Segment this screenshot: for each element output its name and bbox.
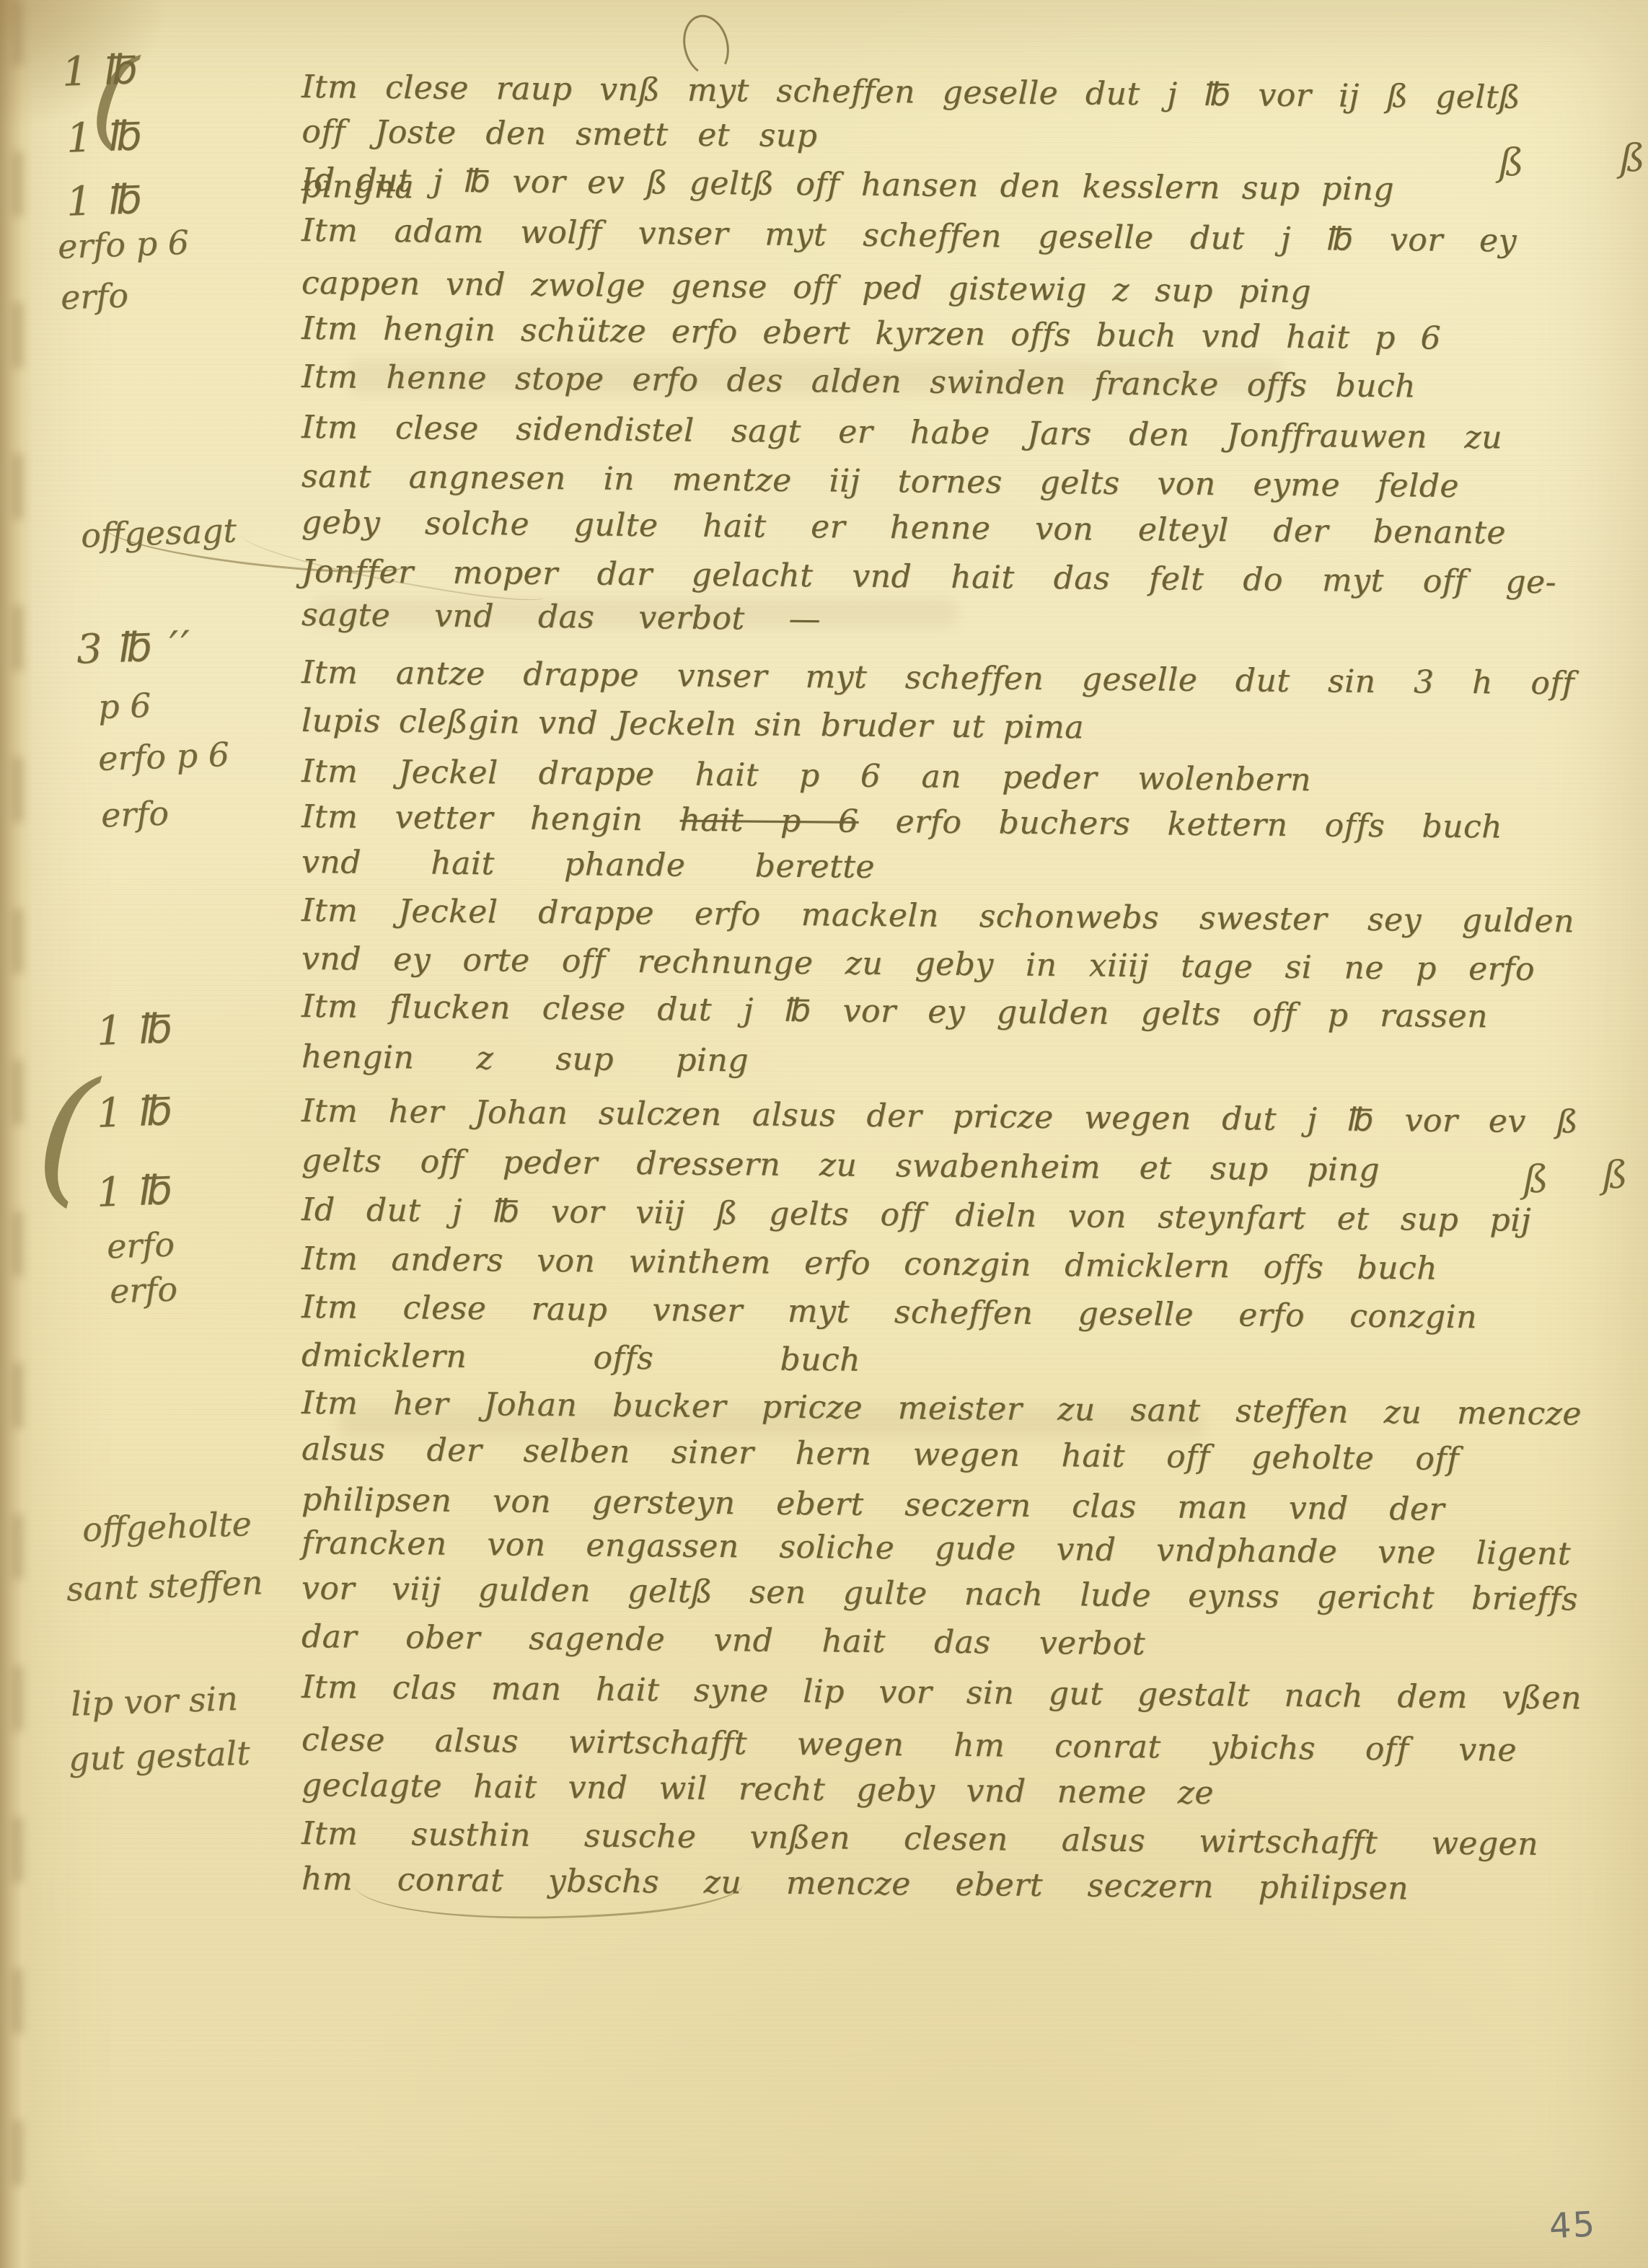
margin-note: 1 ℔ [96,1167,175,1217]
margin-note: erfo [60,275,129,317]
margin-note: erfo [109,1269,178,1310]
margin-note: offgeholte [81,1504,252,1549]
margin-note: 3 ℔ ′′ [76,622,193,674]
margin-note: 1 ℔ [61,46,141,96]
margin-note: 1 ℔ [66,112,145,162]
margin-note: 1 ℔ [66,176,145,226]
margin-note: 1 ℔ [96,1087,175,1137]
margin-note: erfo p 6 [97,735,230,778]
superscript-mark: ß [1603,1154,1628,1197]
margin-note: erfo [100,793,169,834]
margin-note: erfo p 6 [57,223,190,266]
margin-note: erfo [106,1225,175,1266]
page-number: 45 [1548,2204,1598,2246]
text-line: hengin z sup ping [301,1030,749,1088]
paragraph-brace: ( [32,1048,101,1223]
superscript-mark: ß [1499,141,1524,185]
top-left-stain [0,0,303,260]
text-segment: erfo buchers kettern offs buch [858,803,1502,846]
manuscript-page: ( ( 1 ℔ 1 ℔ 1 ℔ erfo p 6 erfo offgesagt … [0,0,1648,2268]
page-left-deckle-edge [0,0,33,2268]
margin-note: gut gestalt [68,1734,250,1779]
margin-note: sant steffen [66,1563,263,1608]
superscript-mark: ß [1620,137,1645,180]
text-segment: Itm vetter hengin [301,798,680,839]
text-line: sagte vnd das verbot — [301,588,821,647]
margin-note: lip vor sin [70,1679,238,1724]
margin-note: 1 ℔ [96,1005,175,1055]
margin-note: p 6 [97,686,151,727]
struck-text: hait p 6 [679,802,858,840]
